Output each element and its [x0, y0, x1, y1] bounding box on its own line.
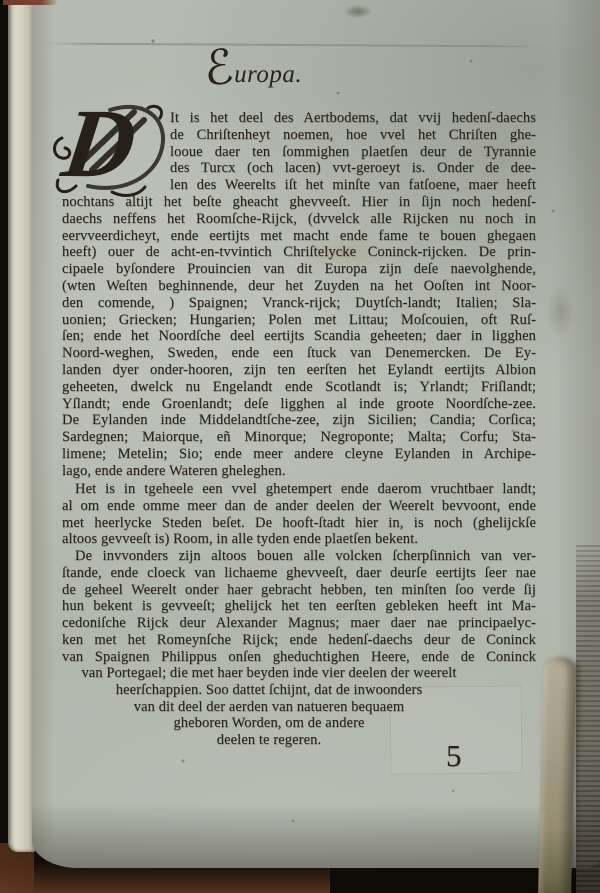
text-line: den comende, ) Spaignen; Vranck-rijck; D… — [62, 295, 536, 312]
text-line: de Chriſtenheyt noemen, hoe vvel het Chr… — [170, 127, 536, 144]
text-line: Het is in tgeheele een vvel ghetempert e… — [62, 481, 536, 498]
drop-cap-ornament-icon — [52, 102, 172, 199]
paper-stain — [546, 284, 574, 338]
text-line: limene; Metelin; Sio; ende meer andere c… — [62, 446, 536, 463]
page-number: 5 — [446, 738, 486, 774]
text-line: des Turcx (och lacen) vvt-geroeyt is. On… — [170, 160, 536, 177]
text-line: Yſlandt; ende Groenlandt; deſe ligghen a… — [62, 396, 536, 413]
page-bottom-shadow — [32, 802, 600, 868]
wooden-stick — [538, 658, 576, 893]
paragraph-2: Het is in tgeheele een vvel ghetempert e… — [62, 481, 536, 548]
text-line: cedoniſche Rijck deur Alexander Magnus; … — [62, 615, 536, 632]
text-line: lago, ende andere Wateren gheleghen. — [62, 463, 536, 480]
text-line: looue daer ten ſommighen plaetſen deur d… — [170, 144, 536, 161]
text-line: gheboren Worden, om de andere — [62, 715, 476, 732]
text-line: ken met het Romeynſche Rijck; ende heden… — [62, 632, 536, 649]
text-line: Noord-weghen, Sweden, ende een ſtuck van… — [62, 345, 536, 362]
text-line: De invvonders zijn altoos bouen alle vol… — [62, 548, 536, 565]
text-line: met heerlycke Steden beſet. De hooft-ſta… — [62, 515, 536, 532]
page-fold-edge — [8, 0, 35, 852]
text-line: van Portegael; die met haer beyden inde … — [62, 665, 476, 682]
binding-top-edge — [3, 0, 58, 5]
paragraph-3-closing: van Portegael; die met haer beyden inde … — [62, 665, 476, 749]
text-line: hun bekent is gevveeſt; ghelijck het ten… — [62, 598, 536, 615]
paragraph-3: De invvonders zijn altoos bouen alle vol… — [62, 548, 536, 666]
heading-text: uropa. — [234, 62, 302, 96]
page-heading: ℰ uropa. — [204, 30, 302, 96]
text-line: heeft) ouer de acht-en-tvvintich Chriſte… — [62, 244, 536, 261]
text-line: (wten Weſten beghinnende, deur het Zuyde… — [62, 278, 536, 295]
text-line: daechs neffens het Roomſche-Rijck, (dvve… — [62, 211, 536, 228]
text-line: It is het deel des Aertbodems, dat vvij … — [170, 110, 536, 127]
text-line: landen dyer onder-hooren, zijn ten eerſt… — [62, 362, 536, 379]
text-line: ſtande, ende cloeck van lichaeme ghevvee… — [62, 565, 536, 582]
text-line: van Spaignen Philippus onſen gheduchtigh… — [62, 649, 536, 666]
book-fore-edge — [576, 545, 600, 893]
text-line: De Eylanden inde Middelandtſche-zee, zij… — [62, 412, 536, 429]
text-line: heerſchappien. Soo dattet ſchijnt, dat d… — [62, 682, 476, 699]
text-line: van dit deel der aerden van natueren beq… — [62, 699, 476, 716]
text-line: deelen te regeren. — [62, 732, 476, 749]
text-line: eervveerdicheyt, ende eertijts met macht… — [62, 228, 536, 245]
text-line: Sardegnen; Maiorque, eñ Minorque; Negrop… — [62, 429, 536, 446]
heading-swash-initial: ℰ — [202, 39, 236, 97]
text-line: de geheel Weerelt onder haer gebracht he… — [62, 582, 536, 599]
paper-stain — [344, 5, 372, 18]
text-line: uonien; Griecken; Hungarien; Polen met L… — [62, 312, 536, 329]
text-line: altoos gevveeſt is) Room, in alle tyden … — [62, 531, 536, 548]
text-line: geheeten, dwelck nu Engelandt ende Scotl… — [62, 379, 536, 396]
text-line: len des Weerelts iſt het minſte van fatſ… — [170, 177, 536, 194]
text-line: nochtans altijt het beſte gheacht ghevve… — [62, 194, 536, 211]
text-line: al om ende omme meer dan de ander deelen… — [62, 498, 536, 515]
book-page: ℰ uropa. D It is het deel des Aertbodems… — [32, 0, 600, 868]
text-line: cipaele byſondere Prouincien van dit Eur… — [62, 261, 536, 278]
text-line: ſen; ende het Noordſche deel eertijts Sc… — [62, 328, 536, 345]
drop-cap: D — [52, 102, 172, 199]
book-photo: ℰ uropa. D It is het deel des Aertbodems… — [0, 0, 600, 893]
paragraph-1-beside-dropcap: It is het deel des Aertbodems, dat vvij … — [170, 110, 536, 194]
paragraph-1-continued: nochtans altijt het beſte gheacht ghevve… — [62, 194, 536, 480]
